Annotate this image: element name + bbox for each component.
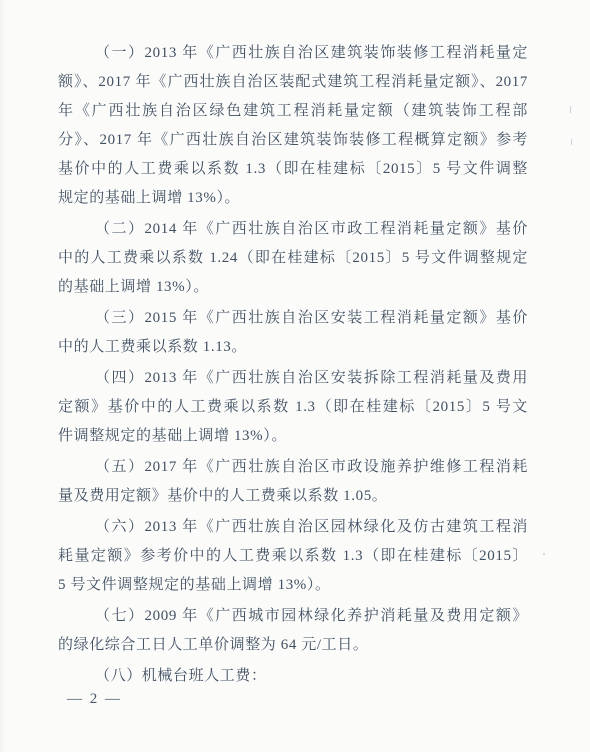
text-line: （一）2013 年《广西壮族自治区建筑装饰装修工程消耗量定 — [58, 39, 528, 68]
text-line: 额》、2017 年《广西壮族自治区装配式建筑工程消耗量定额》、2017 — [58, 68, 528, 97]
text-line: （七）2009 年《广西城市园林绿化养护消耗量及费用定额》 — [58, 602, 528, 631]
text-line: 中的人工费乘以系数 1.13。 — [58, 333, 528, 362]
text-line: 件调整规定的基础上调增 13%）。 — [58, 422, 528, 451]
text-line: 基价中的人工费乘以系数 1.3（即在桂建标〔2015〕5 号文件调整 — [58, 155, 528, 184]
paragraph-1: （一）2013 年《广西壮族自治区建筑装饰装修工程消耗量定 额》、2017 年《… — [58, 39, 528, 213]
scan-artifact — [570, 106, 571, 113]
text-line: 5 号文件调整规定的基础上调增 13%）。 — [58, 571, 528, 600]
text-line: （五）2017 年《广西壮族自治区市政设施养护维修工程消耗 — [58, 453, 528, 482]
text-line: （八）机械台班人工费： — [58, 662, 528, 691]
text-line: （六）2013 年《广西壮族自治区园林绿化及仿古建筑工程消 — [58, 513, 528, 542]
text-line: 的绿化综合工日人工单价调整为 64 元/工日。 — [58, 631, 528, 660]
scan-artifact — [571, 139, 572, 145]
text-line: 年《广西壮族自治区绿色建筑工程消耗量定额（建筑装饰工程部 — [58, 97, 528, 126]
text-line: 分》、2017 年《广西壮族自治区建筑装饰装修工程概算定额》参考 — [58, 126, 528, 155]
scan-artifact — [543, 553, 545, 555]
text-line: （三）2015 年《广西壮族自治区安装工程消耗量定额》基价 — [58, 304, 528, 333]
paragraph-4: （四）2013 年《广西壮族自治区安装拆除工程消耗量及费用 定额》基价中的人工费… — [58, 364, 528, 451]
text-line: 量及费用定额》基价中的人工费乘以系数 1.05。 — [58, 482, 528, 511]
paragraph-6: （六）2013 年《广西壮族自治区园林绿化及仿古建筑工程消 耗量定额》参考价中的… — [58, 513, 528, 600]
paragraph-3: （三）2015 年《广西壮族自治区安装工程消耗量定额》基价 中的人工费乘以系数 … — [58, 304, 528, 362]
text-line: 的基础上调增 13%）。 — [58, 273, 528, 302]
text-line: 中的人工费乘以系数 1.24（即在桂建标〔2015〕5 号文件调整规定 — [58, 244, 528, 273]
text-line: （四）2013 年《广西壮族自治区安装拆除工程消耗量及费用 — [58, 364, 528, 393]
paragraph-7: （七）2009 年《广西城市园林绿化养护消耗量及费用定额》 的绿化综合工日人工单… — [58, 602, 528, 660]
page-number: — 2 — — [67, 688, 122, 710]
scanned-document-page: （一）2013 年《广西壮族自治区建筑装饰装修工程消耗量定 额》、2017 年《… — [0, 0, 590, 752]
text-line: （二）2014 年《广西壮族自治区市政工程消耗量定额》基价 — [58, 215, 528, 244]
text-line: 规定的基础上调增 13%）。 — [58, 184, 528, 213]
paragraph-5: （五）2017 年《广西壮族自治区市政设施养护维修工程消耗 量及费用定额》基价中… — [58, 453, 528, 511]
paragraph-8: （八）机械台班人工费： — [58, 662, 528, 691]
document-body: （一）2013 年《广西壮族自治区建筑装饰装修工程消耗量定 额》、2017 年《… — [58, 39, 528, 693]
paragraph-2: （二）2014 年《广西壮族自治区市政工程消耗量定额》基价 中的人工费乘以系数 … — [58, 215, 528, 302]
text-line: 定额》基价中的人工费乘以系数 1.3（即在桂建标〔2015〕5 号文 — [58, 393, 528, 422]
text-line: 耗量定额》参考价中的人工费乘以系数 1.3（即在桂建标〔2015〕 — [58, 542, 528, 571]
